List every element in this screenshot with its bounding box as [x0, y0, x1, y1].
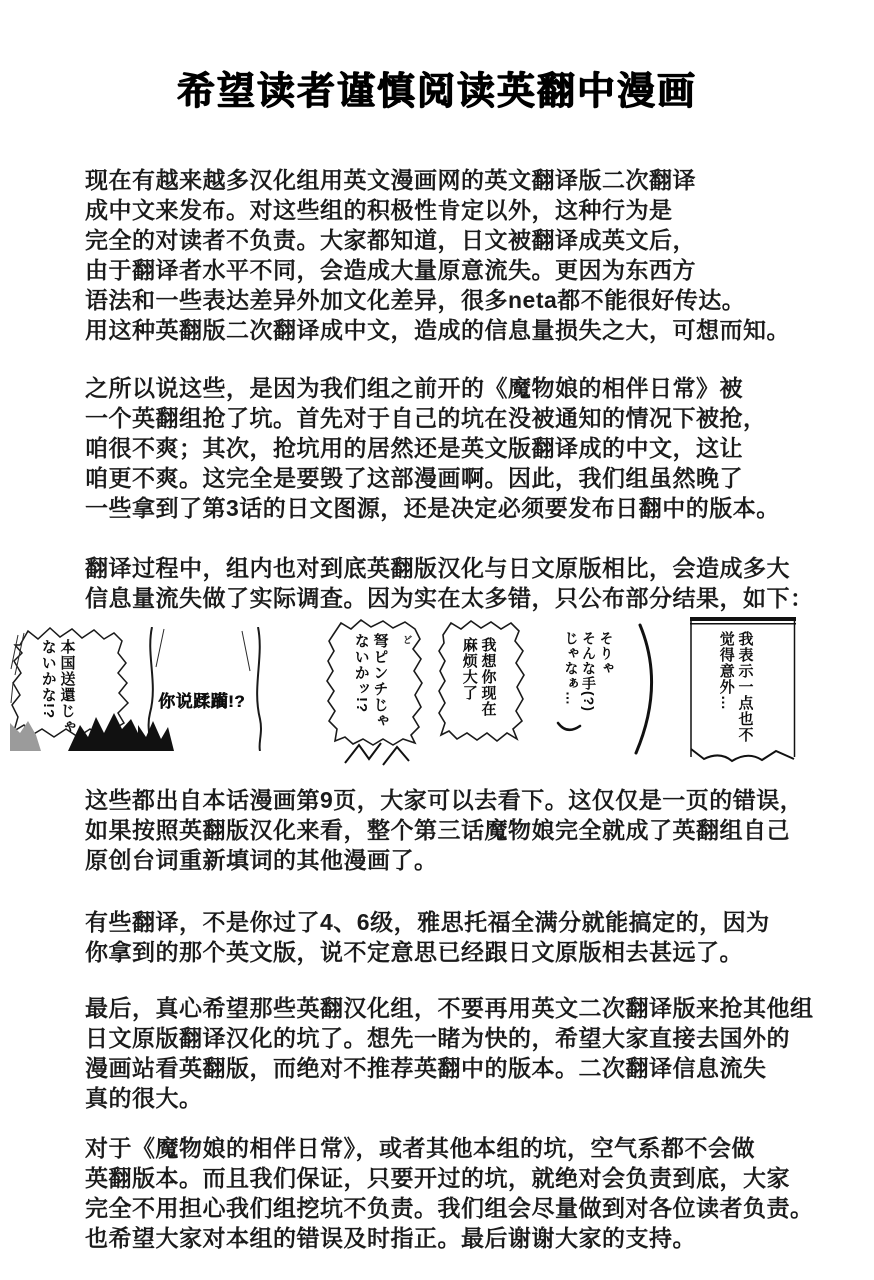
manga-excerpt-strip: 本国送還じゃ ないかな!? 你说蹂躏!?	[0, 617, 874, 769]
manga-panel-cn-notsurprised: 我表示一点也不 觉得意外…	[690, 617, 796, 767]
paragraph-5: 有些翻译，不是你过了4、6级，雅思托福全满分就能搞定的，因为 你拿到的那个英文版…	[85, 907, 838, 967]
speech-column: ないかな!?	[38, 639, 57, 743]
speech-column: 我想你现在	[478, 637, 497, 737]
bubble-edge-right	[257, 627, 261, 751]
paragraph-4: 这些都出自本话漫画第9页，大家可以去看下。这仅仅是一页的错误， 如果按照英翻版汉…	[85, 785, 838, 875]
paragraph-1: 现在有越来越多汉化组用英文漫画网的英文翻译版二次翻译 成中文来发布。对这些组的积…	[85, 165, 838, 345]
speech-column: 麻烦大了	[459, 637, 478, 737]
bubble-arc	[636, 625, 652, 753]
panel-top-border-inner	[690, 623, 796, 625]
speed-lines	[156, 629, 250, 671]
paragraph-6: 最后，真心希望那些英翻汉化组，不要再用英文二次翻译版来抢其他组 日文原版翻译汉化…	[85, 993, 838, 1113]
paragraph-2: 之所以说这些，是因为我们组之前开的《魔物娘的相伴日常》被 一个英翻组抢了坑。首先…	[85, 373, 838, 523]
character-hair-shape	[138, 721, 174, 751]
horizontal-speech-text: 你说蹂躏!?	[158, 687, 245, 712]
furigana-text: ど	[403, 633, 412, 646]
paragraph-7: 对于《魔物娘的相伴日常》，或者其他本组的坑，空气系都不会做 英翻版本。而且我们保…	[85, 1133, 838, 1253]
notice-body: 现在有越来越多汉化组用英文漫画网的英文翻译版二次翻译 成中文来发布。对这些组的积…	[0, 165, 874, 613]
panel-top-border	[690, 617, 796, 621]
manga-panel-jp-sorya: そりゃ そんな手(?) じゃなぁ…	[552, 623, 666, 761]
notice-body-lower: 这些都出自本话漫画第9页，大家可以去看下。这仅仅是一页的错误， 如果按照英翻版汉…	[0, 785, 874, 1253]
manga-panel-cn-trouble: 我想你现在 麻烦大了	[437, 619, 527, 751]
speech-column: そんな手(?)	[580, 631, 598, 743]
page-title: 希望读者谨慎阅读英翻中漫画	[0, 0, 874, 115]
speech-column: じゃなぁ…	[562, 631, 580, 743]
speech-column: 本国送還じゃ	[57, 639, 76, 743]
manga-panel-jp-deportation: 本国送還じゃ ないかな!?	[10, 625, 138, 751]
speech-column: 觉得意外…	[716, 631, 735, 749]
vertical-speech-text: 弩ピンチじゃ ないかッ!?	[351, 633, 389, 741]
vertical-speech-text: そりゃ そんな手(?) じゃなぁ…	[562, 631, 615, 743]
manga-panel-cn-roulin: 你说蹂躏!?	[138, 627, 268, 751]
vertical-speech-text: 本国送還じゃ ないかな!?	[38, 639, 76, 743]
notice-page: 希望读者谨慎阅读英翻中漫画 现在有越来越多汉化组用英文漫画网的英文翻译版二次翻译…	[0, 0, 874, 1280]
paragraph-3: 翻译过程中，组内也对到底英翻版汉化与日文原版相比，会造成多大 信息量流失做了实际…	[85, 553, 838, 613]
speech-column: 我表示一点也不	[735, 631, 754, 749]
manga-panel-jp-pinch: 弩ピンチじゃ ないかッ!? ど	[325, 617, 425, 767]
vertical-speech-text: 我表示一点也不 觉得意外…	[716, 631, 754, 749]
bubble-bottom-edge	[691, 749, 794, 761]
speech-column: 弩ピンチじゃ	[370, 633, 389, 741]
vertical-speech-text: 我想你现在 麻烦大了	[459, 637, 497, 737]
character-sketch-lines	[345, 743, 409, 765]
speech-column: そりゃ	[597, 631, 615, 743]
speech-column: ないかッ!?	[351, 633, 370, 741]
